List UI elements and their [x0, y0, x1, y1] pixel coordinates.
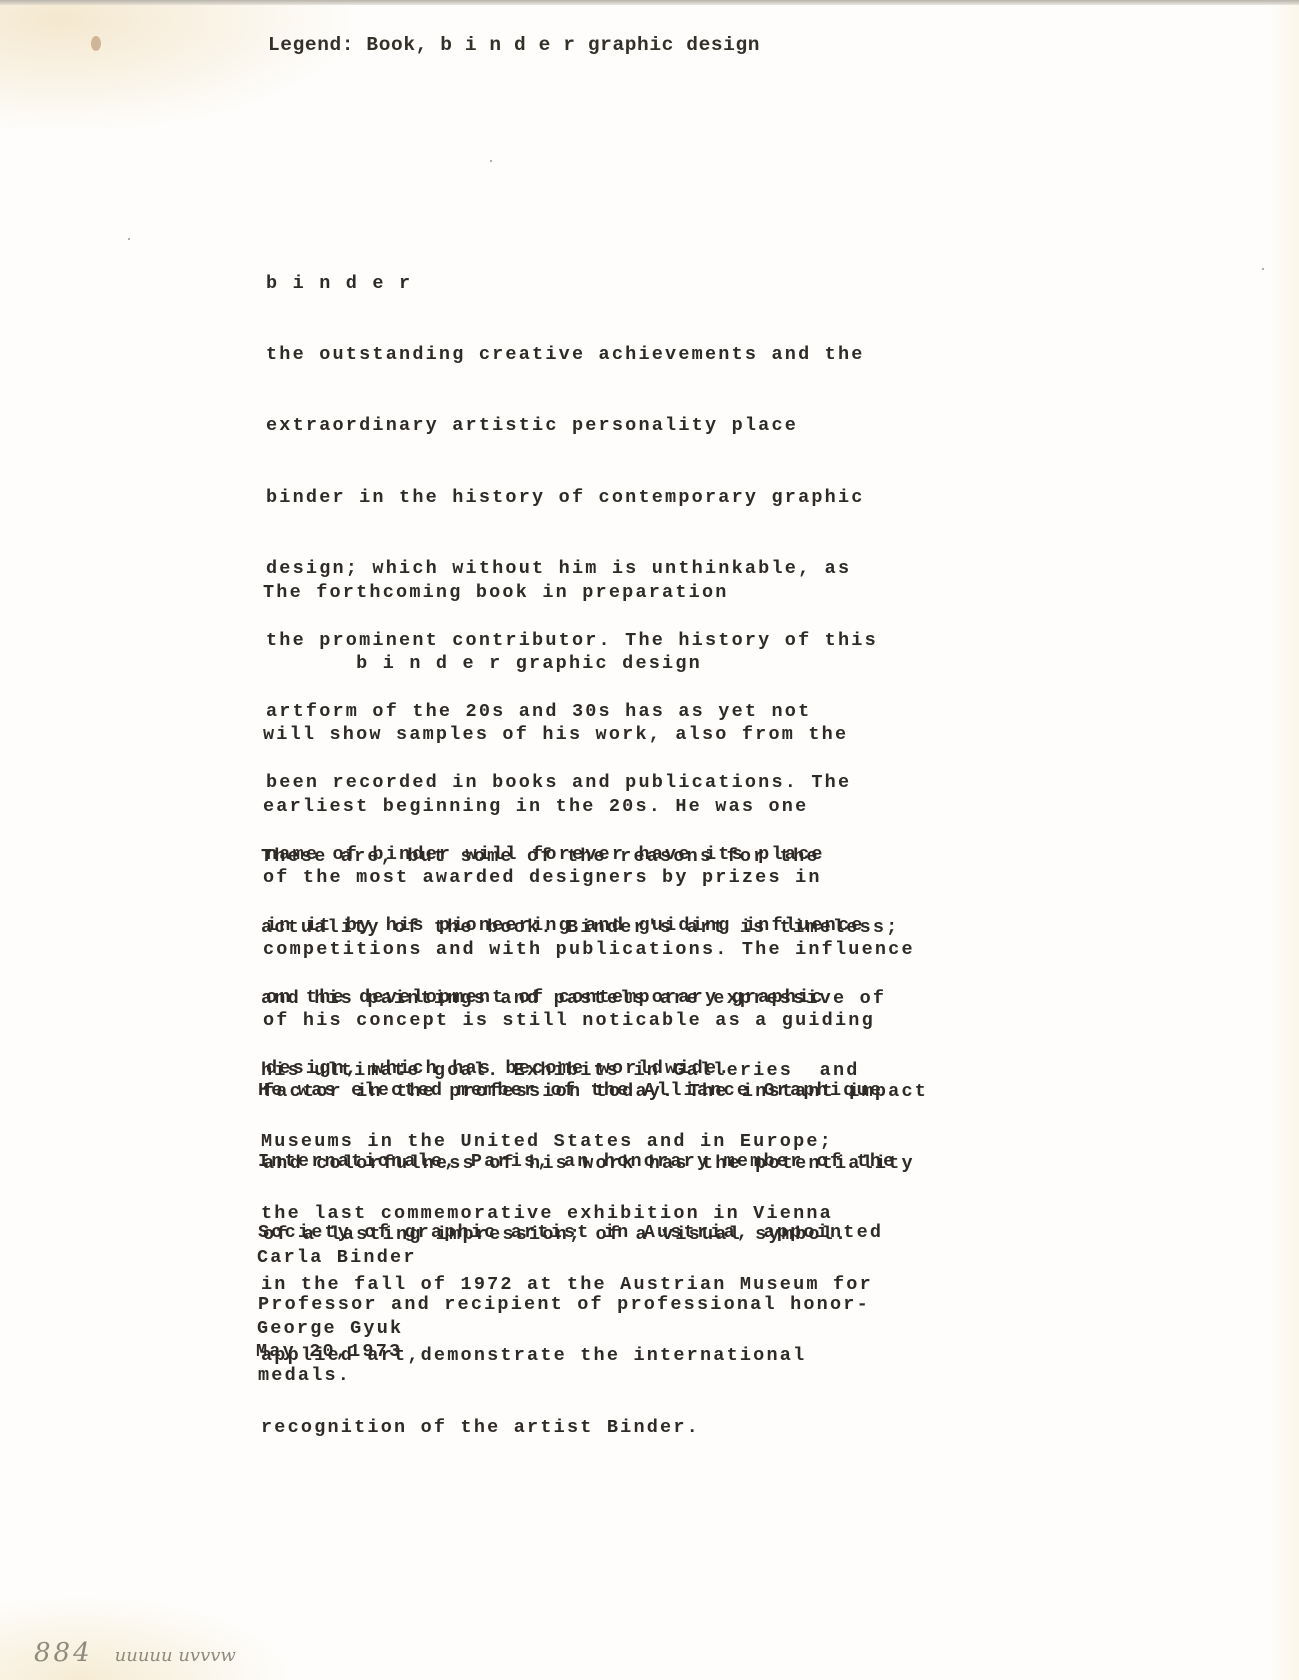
text-line: extraordinary artistic personality place — [266, 414, 878, 438]
text-line: These are, but some of the reasons for t… — [261, 845, 900, 869]
handwritten-annotation: 884uuuuu uvvvw — [34, 1638, 236, 1668]
paper-stain — [91, 36, 101, 51]
text-line: binder in the history of contemporary gr… — [266, 486, 878, 510]
text-line: He was elected member of the Alliance Gr… — [258, 1079, 897, 1103]
document-date: May 20,1973 — [256, 1292, 402, 1411]
document-page: Legend: Book, b i n d e r graphic design… — [0, 0, 1299, 1680]
paper-top-edge — [0, 0, 1299, 5]
text-line: and his paintings and pastels are expres… — [261, 987, 900, 1011]
handwritten-scribble: uuuuu uvvvw — [115, 1645, 236, 1666]
text-line: actuality of the book. Binder's art is t… — [261, 916, 900, 940]
date-text: May 20,1973 — [256, 1340, 402, 1364]
text-line: b i n d e r — [266, 272, 878, 296]
text-line: Internationale, Paris, an honorary membe… — [258, 1150, 897, 1174]
text-line: the outstanding creative achievements an… — [266, 343, 878, 367]
paper-speck — [1262, 268, 1264, 270]
paper-speck — [128, 238, 130, 240]
handwritten-number: 884 — [34, 1638, 93, 1668]
text-line: The forthcoming book in preparation — [263, 581, 928, 605]
text-line: will show samples of his work, also from… — [263, 723, 928, 747]
signatory-name: Carla Binder — [257, 1246, 417, 1270]
text-line: b i n d e r graphic design — [263, 652, 928, 676]
paper-speck — [490, 160, 492, 162]
document-legend: Legend: Book, b i n d e r graphic design — [268, 34, 760, 56]
